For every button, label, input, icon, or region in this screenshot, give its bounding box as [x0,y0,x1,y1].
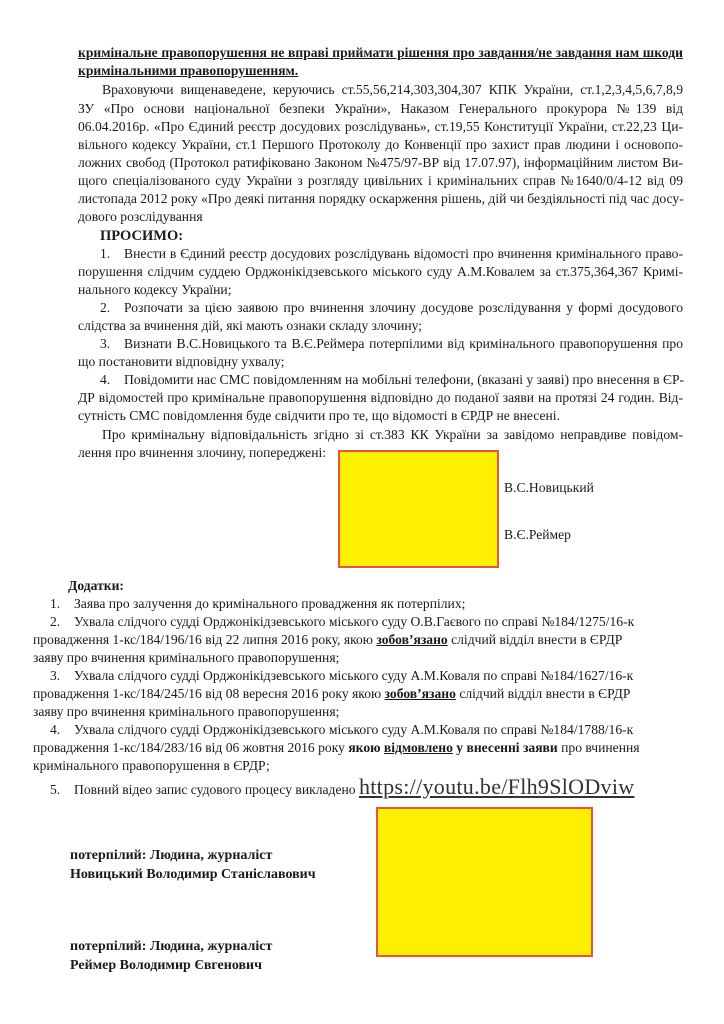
attachment-item-4-cont: провадження 1-кс/184/283/16 від 06 жовтн… [33,739,638,757]
attachment-item-4-cont: кримінального правопорушення в ЄРДР; [33,757,638,775]
attachment-item-2: 2.Ухвала слідчого судді Орджонікідзевськ… [50,613,655,631]
attachments-heading: Додатки: [68,577,673,595]
redacted-signature-box [338,450,499,568]
intro-para-line: ЗУ «Про основи національної безпеки Укра… [78,100,683,118]
intro-para-line: листопада 2012 року «Про деякі питання п… [78,190,683,208]
attachment-item-2-cont: заяву про вчинення кримінального правопо… [33,649,638,667]
request-item-4-cont: ДР відомостей про кримінальне правопоруш… [78,389,683,407]
intro-para-line: ложних свобод (Протокол ратифіковано Зак… [78,154,683,172]
signature-role: потерпілий: Людина, журналіст [70,937,272,956]
intro-para-line: дового розслідування [78,208,683,226]
redacted-signature-box-2 [376,807,593,957]
request-item-2-cont: слідства за вчинення дій, які мають озна… [78,317,683,335]
request-heading: ПРОСИМО: [100,227,705,245]
item-number: 2. [100,299,124,317]
request-item-1-cont: нального кодексу України; [78,281,683,299]
warning-line-1: Про кримінальну відповідальність згідно … [102,426,683,444]
attachment-item-1: 1.Заява про залучення до кримінального п… [50,595,655,613]
signature-role: потерпілий: Людина, журналіст [70,846,316,865]
signer-name-1: В.С.Новицький [504,479,594,497]
signature-name: Реймер Володимир Євгенович [70,956,272,975]
attachment-item-3: 3.Ухвала слідчого судді Орджонікідзевськ… [50,667,655,685]
attachment-item-3-cont: заяву про вчинення кримінального правопо… [33,703,638,721]
attachment-item-4: 4.Ухвала слідчого судді Орджонікідзевськ… [50,721,655,739]
request-item-2: 2.Розпочати за цією заявою про вчинення … [100,299,683,317]
emphasis-refused: відмовлено [384,740,453,755]
intro-bold-line-1: кримінальне правопорушення не вправі при… [78,44,683,62]
item-number: 1. [100,245,124,263]
intro-para-line: 06.04.2016р. «Про Єдиний реєстр досудови… [78,118,683,136]
signer-name-2: В.Є.Реймер [504,526,571,544]
request-item-1: 1.Внести в Єдиний реєстр досудових розсл… [100,245,683,263]
emphasis-obliged: зобов’язано [376,632,447,647]
signature-name: Новицький Володимир Станіславович [70,865,316,884]
emphasis-obliged: зобов’язано [385,686,456,701]
request-item-4-cont: сутність СМС повідомлення буде свідчити … [78,407,683,425]
request-item-1-cont: порушення слідчим суддею Орджонікідзевсь… [78,263,683,281]
item-number: 4. [100,371,124,389]
item-number: 3. [100,335,124,353]
attachment-item-2-cont: провадження 1-кс/184/196/16 від 22 липня… [33,631,638,649]
request-item-3: 3.Визнати В.С.Новицького та В.Є.Реймера … [100,335,683,353]
intro-para-line: Враховуючи вищенаведене, керуючись ст.55… [102,81,683,99]
attachment-item-5: 5.Повний відео запис судового процесу ви… [50,774,690,803]
intro-bold-line-2: кримінальними правопорушенням. [78,62,683,80]
intro-para-line: щого спеціалізованого суду України з роз… [78,172,683,190]
signature-block-2: потерпілий: Людина, журналіст Реймер Вол… [70,937,272,975]
attachment-item-3-cont: провадження 1-кс/184/245/16 від 08 верес… [33,685,638,703]
signature-block-1: потерпілий: Людина, журналіст Новицький … [70,846,316,884]
request-item-4: 4.Повідомити нас СМС повідомленням на мо… [100,371,683,389]
intro-para-line: вільного кодексу України, ст.1 Першого П… [78,136,683,154]
video-link[interactable]: https://youtu.be/Flh9SlODviw [359,774,634,799]
request-item-3-cont: що постановити відповідну ухвалу; [78,353,683,371]
